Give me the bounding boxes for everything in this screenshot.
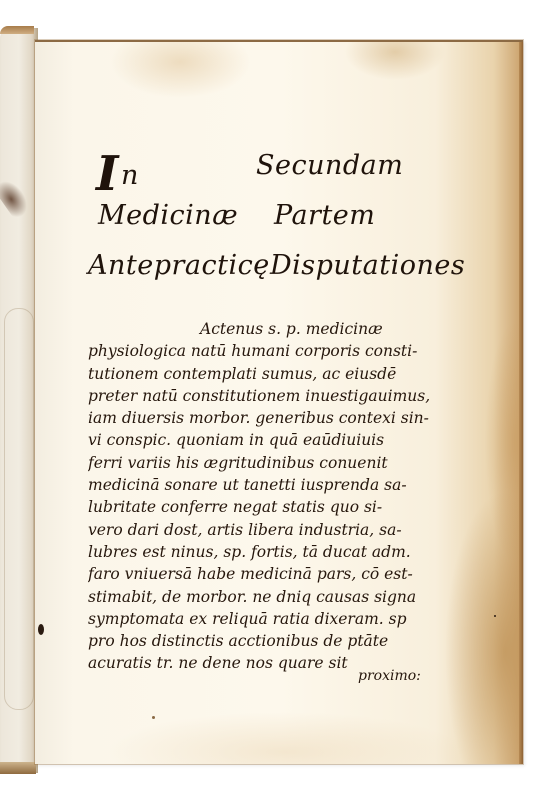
decorated-initial: I bbox=[96, 146, 119, 202]
title-word: Partem bbox=[274, 200, 375, 231]
text-line: pro hos distinctis acctionibus de ptāte bbox=[88, 630, 433, 652]
text-line: preter natū constitutionem inuestigauimu… bbox=[88, 385, 433, 407]
title-word: Disputationes bbox=[270, 250, 465, 281]
text-line: tutionem contemplati sumus, ac eiusdē bbox=[88, 363, 433, 385]
title-word: Antepracticę bbox=[88, 250, 270, 281]
text-line: stimabit, de morbor. ne dniq causas sign… bbox=[88, 586, 433, 608]
ink-speck bbox=[152, 716, 155, 719]
text-line: physiologica natū humani corporis consti… bbox=[88, 340, 433, 362]
title-word: In bbox=[96, 150, 139, 198]
text-line: lubres est ninus, sp. fortis, tā ducat a… bbox=[88, 541, 433, 563]
text-line: vero dari dost, artis libera industria, … bbox=[88, 519, 433, 541]
book-photo: In Secundam Medicinæ Partem Antepracticę… bbox=[0, 0, 559, 800]
page-title: In Secundam Medicinæ Partem Antepracticę… bbox=[88, 128, 433, 318]
text-line: symptomata ex reliquā ratia dixeram. sp bbox=[88, 608, 433, 630]
text-line: Actenus s. p. medicinæ bbox=[88, 318, 433, 340]
text-line: iam diuersis morbor. generibus contexi s… bbox=[88, 407, 433, 429]
title-word: Medicinæ bbox=[98, 200, 238, 231]
ink-spot bbox=[38, 624, 44, 635]
previous-leaf bbox=[0, 28, 38, 773]
title-word: Secundam bbox=[256, 150, 403, 181]
body-paragraph: Actenus s. p. medicinæ physiologica natū… bbox=[88, 318, 433, 675]
catchword: proximo: bbox=[358, 668, 421, 684]
page-fore-edge bbox=[519, 42, 523, 764]
previous-leaf-bottom-edge bbox=[0, 762, 36, 774]
text-line: lubritate conferre negat statis quo si- bbox=[88, 496, 433, 518]
previous-leaf-top-edge bbox=[0, 26, 34, 34]
text-line: vi conspic. quoniam in quā eaūdiuiuis bbox=[88, 429, 433, 451]
text-line: medicinā sonare ut tanetti iusprenda sa- bbox=[88, 474, 433, 496]
manuscript-text: In Secundam Medicinæ Partem Antepracticę… bbox=[88, 128, 433, 318]
text-line: ferri variis his ægritudinibus conuenit bbox=[88, 452, 433, 474]
ink-speck bbox=[494, 615, 496, 617]
text-line: faro vniuersā habe medicinā pars, cō est… bbox=[88, 563, 433, 585]
